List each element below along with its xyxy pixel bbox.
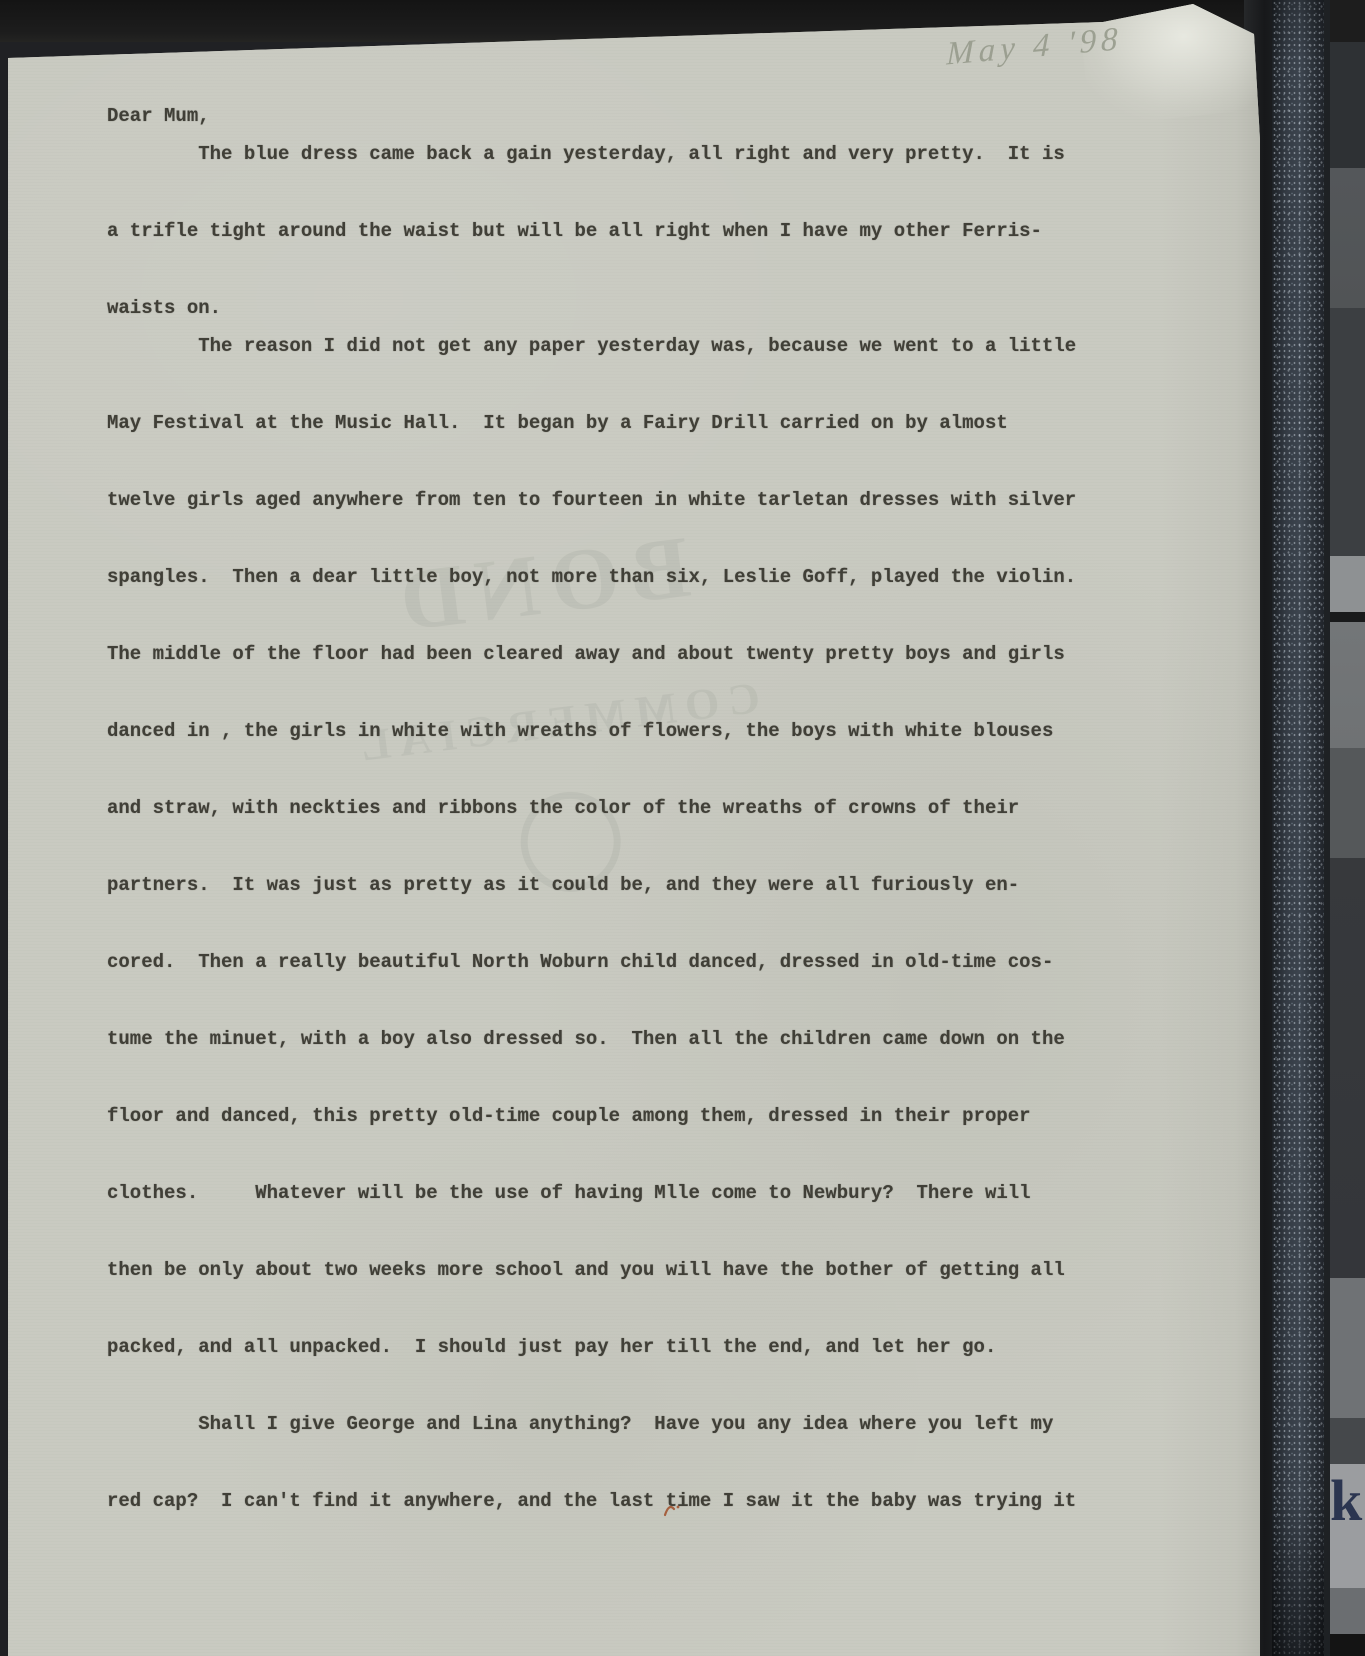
letter-line: and straw, with neckties and ribbons the…	[107, 796, 1227, 820]
letter-body: Dear Mum, The blue dress came back a gai…	[107, 104, 1227, 1566]
letter-line: waists on.	[107, 296, 1227, 320]
letter-line: a trifle tight around the waist but will…	[107, 219, 1227, 243]
letter-line: spangles. Then a dear little boy, not mo…	[107, 565, 1227, 589]
letter-line: twelve girls aged anywhere from ten to f…	[107, 488, 1227, 512]
letter-page: May 4 '98 BOND COMMERCIAL Dear Mum, The …	[8, 0, 1260, 1656]
letter-line: May Festival at the Music Hall. It began…	[107, 411, 1227, 435]
letter-line: cored. Then a really beautiful North Wob…	[107, 950, 1227, 974]
letter-line: floor and danced, this pretty old-time c…	[107, 1104, 1227, 1128]
letter-line: Shall I give George and Lina anything? H…	[107, 1412, 1227, 1436]
letter-line: The reason I did not get any paper yeste…	[107, 334, 1227, 358]
letter-line: The blue dress came back a gain yesterda…	[107, 142, 1227, 166]
letter-line: tume the minuet, with a boy also dressed…	[107, 1027, 1227, 1051]
letter-line: then be only about two weeks more school…	[107, 1258, 1227, 1282]
book-binding	[1272, 0, 1330, 1656]
letter-line: clothes. Whatever will be the use of hav…	[107, 1181, 1227, 1205]
letter-line: packed, and all unpacked. I should just …	[107, 1335, 1227, 1359]
letter-line: Dear Mum,	[107, 104, 1227, 128]
red-pencil-mark	[662, 1500, 682, 1523]
background-shelf: ke	[1330, 0, 1365, 1656]
letter-line: danced in , the girls in white with wrea…	[107, 719, 1227, 743]
letter-line: partners. It was just as pretty as it co…	[107, 873, 1227, 897]
background-text-fragment: ke	[1330, 1472, 1365, 1530]
letter-line: The middle of the floor had been cleared…	[107, 642, 1227, 666]
